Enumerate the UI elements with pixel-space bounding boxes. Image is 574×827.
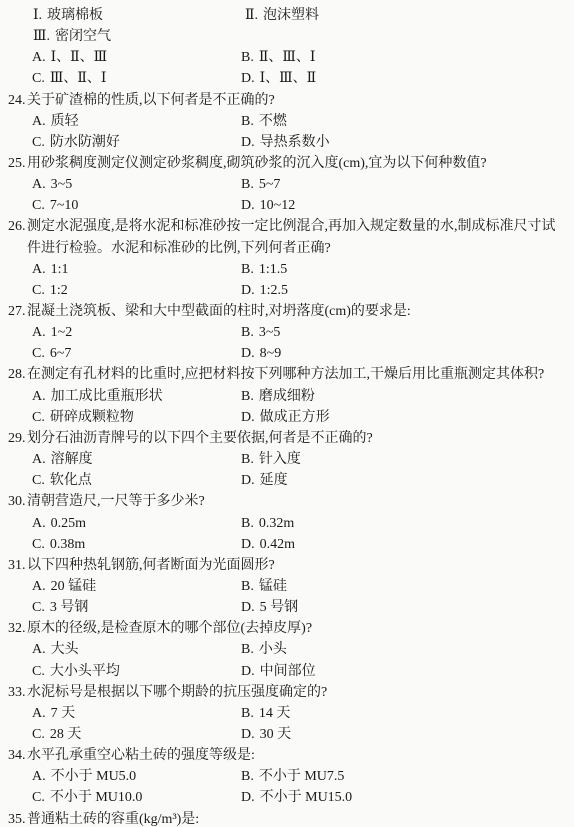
choice-option-label: A.: [32, 114, 46, 129]
question-text: 用砂浆稠度测定仪测定砂浆稠度,砌筑砂浆的沉入度(cm),宜为以下何种数值?: [27, 156, 487, 171]
choice-option: C.28 天: [32, 724, 81, 745]
choice-option: A.3~5: [32, 174, 72, 195]
choice-option: A.溶解度: [32, 449, 93, 470]
question-line: 34.水平孔承重空心粘土砖的强度等级是:: [0, 745, 574, 766]
choice-option-text: 28 天: [50, 727, 82, 742]
prelude-item-text: 泡沫塑料: [263, 8, 319, 23]
question-block: 24.关于矿渣棉的性质,以下何者是不正确的?A.质轻B.不燃C.防水防潮好D.导…: [0, 90, 574, 153]
prelude-item-row: Ⅰ.玻璃棉板Ⅱ.泡沫塑料: [0, 5, 574, 26]
question-number: 27.: [8, 301, 26, 322]
choice-option-text: 0.32m: [259, 516, 294, 531]
choice-option-label: D.: [241, 410, 255, 425]
question-text: 原木的径级,是检查原木的哪个部位(去掉皮厚)?: [27, 621, 312, 636]
question-block: 28.在测定有孔材料的比重时,应把材料按下列哪种方法加工,干燥后用比重瓶测定其体…: [0, 364, 574, 427]
question-line: 33.水泥标号是根据以下哪个期龄的抗压强度确定的?: [0, 682, 574, 703]
choice-row: C.不小于 MU10.0D.不小于 MU15.0: [0, 787, 574, 808]
choice-option-text: 0.42m: [260, 537, 295, 552]
choice-row: A.溶解度B.针入度: [0, 449, 574, 470]
choice-option-label: B.: [241, 579, 254, 594]
choice-option: C.Ⅲ、Ⅱ、Ⅰ: [32, 68, 106, 89]
choice-row: C.28 天D.30 天: [0, 724, 574, 745]
choice-option-label: C.: [32, 600, 45, 615]
choice-option-label: C.: [32, 135, 45, 150]
prelude-choice-row: A.Ⅰ、Ⅱ、ⅢB.Ⅱ、Ⅲ、Ⅰ: [0, 47, 574, 68]
choice-row: C.大小头平均D.中间部位: [0, 661, 574, 682]
choice-option-text: 1:1.5: [259, 262, 287, 277]
choice-option-label: D.: [241, 790, 255, 805]
choice-option: A.20 锰硅: [32, 576, 96, 597]
choice-option: C.3 号钢: [32, 597, 88, 618]
question-line: 25.用砂浆稠度测定仪测定砂浆稠度,砌筑砂浆的沉入度(cm),宜为以下何种数值?: [0, 153, 574, 174]
question-block: 31.以下四种热轧钢筋,何者断面为光面圆形?A.20 锰硅B.锰硅C.3 号钢D…: [0, 555, 574, 618]
choice-row: A.不小于 MU5.0B.不小于 MU7.5: [0, 766, 574, 787]
exam-page: Ⅰ.玻璃棉板Ⅱ.泡沫塑料Ⅲ.密闭空气A.Ⅰ、Ⅱ、ⅢB.Ⅱ、Ⅲ、ⅠC.Ⅲ、Ⅱ、ⅠD…: [0, 0, 574, 827]
choice-option-text: 磨成细粉: [259, 389, 315, 404]
choice-option-text: 3~5: [51, 177, 73, 192]
choice-option-text: 不小于 MU5.0: [51, 769, 137, 784]
choice-option-text: 8~9: [260, 346, 282, 361]
choice-option-text: 大小头平均: [50, 664, 120, 679]
choice-option-label: C.: [32, 473, 45, 488]
choice-option-label: B.: [241, 516, 254, 531]
choice-option: A.不小于 MU5.0: [32, 766, 136, 787]
choice-option: C.防水防潮好: [32, 132, 120, 153]
question-line: 26.测定水泥强度,是将水泥和标准砂按一定比例混合,再加入规定数量的水,制成标准…: [0, 216, 574, 258]
question-text: 测定水泥强度,是将水泥和标准砂按一定比例混合,再加入规定数量的水,制成标准尺寸试…: [27, 219, 556, 255]
choice-option-label: A.: [32, 177, 46, 192]
choice-option: D.Ⅰ、Ⅲ、Ⅱ: [241, 68, 316, 89]
choice-option-text: 1:2: [50, 283, 68, 298]
choice-option: D.8~9: [241, 343, 281, 364]
choice-option: A.0.25m: [32, 513, 86, 534]
choice-option: C.研碎成颗粒物: [32, 407, 134, 428]
question-text: 以下四种热轧钢筋,何者断面为光面圆形?: [27, 558, 275, 573]
choice-option-text: 加工成比重瓶形状: [51, 389, 163, 404]
choice-option: D.0.42m: [241, 534, 295, 555]
choice-option: C.软化点: [32, 470, 92, 491]
question-block: 29.划分石油沥青牌号的以下四个主要依据,何者是不正确的?A.溶解度B.针入度C…: [0, 428, 574, 491]
choice-option: B.0.32m: [241, 513, 294, 534]
choice-option-text: Ⅲ、Ⅱ、Ⅰ: [50, 71, 107, 86]
choice-option-label: C.: [32, 790, 45, 805]
choice-option-label: C.: [32, 198, 45, 213]
choice-option-label: C.: [32, 410, 45, 425]
choice-row: A.质轻B.不燃: [0, 111, 574, 132]
choice-option-label: C.: [32, 664, 45, 679]
choice-option-text: 7~10: [50, 198, 79, 213]
choice-option: A.1~2: [32, 322, 72, 343]
choice-option: B.1:1.5: [241, 259, 287, 280]
choice-option-label: A.: [32, 579, 46, 594]
prelude-choice-row: C.Ⅲ、Ⅱ、ⅠD.Ⅰ、Ⅲ、Ⅱ: [0, 68, 574, 89]
question-block: 34.水平孔承重空心粘土砖的强度等级是:A.不小于 MU5.0B.不小于 MU7…: [0, 745, 574, 808]
choice-option-text: 大头: [51, 642, 79, 657]
choice-option-label: D.: [241, 664, 255, 679]
choice-row: A.1~2B.3~5: [0, 322, 574, 343]
choice-option-label: D.: [241, 727, 255, 742]
question-number: 34.: [8, 745, 26, 766]
choice-option: D.做成正方形: [241, 407, 330, 428]
choice-option: B.5~7: [241, 174, 280, 195]
choice-row: C.6~7D.8~9: [0, 343, 574, 364]
choice-option-text: 5 号钢: [260, 600, 299, 615]
choice-option-text: 不燃: [259, 114, 287, 129]
choice-row: C.1:2D.1:2.5: [0, 280, 574, 301]
choice-option-label: A.: [32, 325, 46, 340]
choice-option-label: C.: [32, 537, 45, 552]
choice-row: A.加工成比重瓶形状B.磨成细粉: [0, 386, 574, 407]
choice-option-text: 研碎成颗粒物: [50, 410, 134, 425]
question-line: 31.以下四种热轧钢筋,何者断面为光面圆形?: [0, 555, 574, 576]
question-number: 29.: [8, 428, 26, 449]
choice-option: B.小头: [241, 639, 287, 660]
exam-content: Ⅰ.玻璃棉板Ⅱ.泡沫塑料Ⅲ.密闭空气A.Ⅰ、Ⅱ、ⅢB.Ⅱ、Ⅲ、ⅠC.Ⅲ、Ⅱ、ⅠD…: [0, 5, 574, 827]
choice-option-label: D.: [241, 198, 255, 213]
choice-option: A.Ⅰ、Ⅱ、Ⅲ: [32, 47, 107, 68]
question-text: 混凝土浇筑板、梁和大中型截面的柱时,对坍落度(cm)的要求是:: [27, 304, 411, 319]
choice-option: D.不小于 MU15.0: [241, 787, 352, 808]
choice-option: C.大小头平均: [32, 661, 120, 682]
prelude-item: Ⅲ.密闭空气: [33, 26, 111, 47]
choice-option-text: 做成正方形: [260, 410, 330, 425]
question-number: 35.: [8, 809, 26, 827]
choice-option: C.不小于 MU10.0: [32, 787, 142, 808]
choice-option: A.质轻: [32, 111, 79, 132]
choice-option: C.1:2: [32, 280, 68, 301]
choice-option-text: Ⅱ、Ⅲ、Ⅰ: [259, 50, 316, 65]
choice-option-text: 30 天: [260, 727, 292, 742]
choice-option: A.7 天: [32, 703, 75, 724]
prelude-item: Ⅰ.玻璃棉板: [33, 5, 103, 26]
question-number: 28.: [8, 364, 26, 385]
question-text: 在测定有孔材料的比重时,应把材料按下列哪种方法加工,干燥后用比重瓶测定其体积?: [27, 367, 544, 382]
choice-option-label: D.: [241, 600, 255, 615]
question-text: 水泥标号是根据以下哪个期龄的抗压强度确定的?: [27, 685, 327, 700]
choice-option: D.中间部位: [241, 661, 316, 682]
choice-option-text: 5~7: [259, 177, 281, 192]
question-number: 25.: [8, 153, 26, 174]
choice-option-label: C.: [32, 71, 45, 86]
question-block: 30.清朝营造尺,一尺等于多少米?A.0.25mB.0.32mC.0.38mD.…: [0, 491, 574, 554]
prelude-item-label: Ⅲ.: [33, 29, 50, 44]
question-number: 26.: [8, 216, 26, 237]
choice-option-label: B.: [241, 452, 254, 467]
question-block: 25.用砂浆稠度测定仪测定砂浆稠度,砌筑砂浆的沉入度(cm),宜为以下何种数值?…: [0, 153, 574, 216]
choice-row: C.防水防潮好D.导热系数小: [0, 132, 574, 153]
choice-option-text: 6~7: [50, 346, 72, 361]
question-block: 26.测定水泥强度,是将水泥和标准砂按一定比例混合,再加入规定数量的水,制成标准…: [0, 216, 574, 301]
choice-option-label: B.: [241, 177, 254, 192]
choice-option: D.10~12: [241, 195, 295, 216]
question-text: 划分石油沥青牌号的以下四个主要依据,何者是不正确的?: [27, 431, 373, 446]
question-block: 27.混凝土浇筑板、梁和大中型截面的柱时,对坍落度(cm)的要求是:A.1~2B…: [0, 301, 574, 364]
choice-option: B.3~5: [241, 322, 280, 343]
prelude-item-label: Ⅱ.: [245, 8, 258, 23]
choice-option-text: 7 天: [51, 706, 76, 721]
choice-option-label: D.: [241, 473, 255, 488]
choice-option: A.加工成比重瓶形状: [32, 386, 163, 407]
question-line: 29.划分石油沥青牌号的以下四个主要依据,何者是不正确的?: [0, 428, 574, 449]
choice-option-label: A.: [32, 516, 46, 531]
choice-row: A.1:1B.1:1.5: [0, 259, 574, 280]
question-block: 32.原木的径级,是检查原木的哪个部位(去掉皮厚)?A.大头B.小头C.大小头平…: [0, 618, 574, 681]
prelude-item: Ⅱ.泡沫塑料: [245, 5, 319, 26]
choice-option-label: A.: [32, 642, 46, 657]
choice-option-text: 延度: [260, 473, 288, 488]
question-line: 30.清朝营造尺,一尺等于多少米?: [0, 491, 574, 512]
question-text: 关于矿渣棉的性质,以下何者是不正确的?: [27, 93, 275, 108]
question-text: 清朝营造尺,一尺等于多少米?: [27, 494, 205, 509]
choice-option: D.5 号钢: [241, 597, 298, 618]
choice-option: C.7~10: [32, 195, 78, 216]
choice-row: A.大头B.小头: [0, 639, 574, 660]
choice-option: D.导热系数小: [241, 132, 330, 153]
choice-row: C.0.38mD.0.42m: [0, 534, 574, 555]
choice-option-text: 1:2.5: [260, 283, 288, 298]
prelude-item-text: 密闭空气: [55, 29, 111, 44]
choice-option: B.Ⅱ、Ⅲ、Ⅰ: [241, 47, 315, 68]
question-number: 32.: [8, 618, 26, 639]
choice-option: C.0.38m: [32, 534, 85, 555]
choice-option-label: B.: [241, 325, 254, 340]
choice-option-text: 小头: [259, 642, 287, 657]
choice-option-text: 质轻: [51, 114, 79, 129]
choice-option-text: 软化点: [50, 473, 92, 488]
choice-option-text: 锰硅: [259, 579, 287, 594]
choice-option-text: 0.25m: [51, 516, 86, 531]
choice-option-text: 不小于 MU10.0: [50, 790, 143, 805]
choice-option-label: A.: [32, 262, 46, 277]
choice-option-label: B.: [241, 642, 254, 657]
choice-option: C.6~7: [32, 343, 71, 364]
choice-option-label: A.: [32, 769, 46, 784]
choice-option-label: C.: [32, 727, 45, 742]
choice-option-label: A.: [32, 389, 46, 404]
choice-option: B.磨成细粉: [241, 386, 315, 407]
question-number: 31.: [8, 555, 26, 576]
choice-option-label: D.: [241, 71, 255, 86]
choice-option: D.延度: [241, 470, 288, 491]
question-block: 35.普通粘土砖的容重(kg/m³)是:: [0, 809, 574, 827]
choice-option-text: 14 天: [259, 706, 291, 721]
choice-option-label: B.: [241, 706, 254, 721]
choice-option-text: Ⅰ、Ⅱ、Ⅲ: [51, 50, 108, 65]
question-block: 33.水泥标号是根据以下哪个期龄的抗压强度确定的?A.7 天B.14 天C.28…: [0, 682, 574, 745]
choice-option-label: C.: [32, 346, 45, 361]
choice-option: B.锰硅: [241, 576, 287, 597]
question-number: 33.: [8, 682, 26, 703]
choice-option-label: D.: [241, 283, 255, 298]
choice-option-text: 溶解度: [51, 452, 93, 467]
choice-option: A.1:1: [32, 259, 69, 280]
choice-option: B.不燃: [241, 111, 287, 132]
choice-option-text: Ⅰ、Ⅲ、Ⅱ: [260, 71, 317, 86]
question-line: 28.在测定有孔材料的比重时,应把材料按下列哪种方法加工,干燥后用比重瓶测定其体…: [0, 364, 574, 385]
choice-row: A.20 锰硅B.锰硅: [0, 576, 574, 597]
choice-option-label: D.: [241, 135, 255, 150]
prelude-item-text: 玻璃棉板: [47, 8, 103, 23]
question-text: 普通粘土砖的容重(kg/m³)是:: [27, 812, 199, 827]
choice-option-text: 20 锰硅: [51, 579, 97, 594]
choice-option: D.30 天: [241, 724, 291, 745]
choice-option-text: 不小于 MU7.5: [259, 769, 345, 784]
choice-option-text: 3~5: [259, 325, 281, 340]
choice-option: A.大头: [32, 639, 79, 660]
question-text: 水平孔承重空心粘土砖的强度等级是:: [27, 748, 255, 763]
choice-row: C.软化点D.延度: [0, 470, 574, 491]
choice-option-text: 防水防潮好: [50, 135, 120, 150]
choice-row: A.0.25mB.0.32m: [0, 513, 574, 534]
choice-option-label: C.: [32, 283, 45, 298]
choice-row: C.3 号钢D.5 号钢: [0, 597, 574, 618]
choice-option-text: 针入度: [259, 452, 301, 467]
choice-option-text: 1~2: [51, 325, 73, 340]
choice-option: B.14 天: [241, 703, 290, 724]
choice-row: C.7~10D.10~12: [0, 195, 574, 216]
choice-option-text: 导热系数小: [260, 135, 330, 150]
question-line: 24.关于矿渣棉的性质,以下何者是不正确的?: [0, 90, 574, 111]
choice-option-text: 0.38m: [50, 537, 85, 552]
choice-option: B.针入度: [241, 449, 301, 470]
choice-row: C.研碎成颗粒物D.做成正方形: [0, 407, 574, 428]
choice-option-text: 3 号钢: [50, 600, 89, 615]
choice-option-text: 1:1: [51, 262, 69, 277]
choice-option-label: B.: [241, 769, 254, 784]
choice-option-text: 不小于 MU15.0: [260, 790, 353, 805]
choice-option-text: 中间部位: [260, 664, 316, 679]
choice-row: A.7 天B.14 天: [0, 703, 574, 724]
question-line: 35.普通粘土砖的容重(kg/m³)是:: [0, 809, 574, 827]
question-line: 32.原木的径级,是检查原木的哪个部位(去掉皮厚)?: [0, 618, 574, 639]
question-line: 27.混凝土浇筑板、梁和大中型截面的柱时,对坍落度(cm)的要求是:: [0, 301, 574, 322]
choice-option-label: A.: [32, 50, 46, 65]
choice-option-label: D.: [241, 537, 255, 552]
choice-option-label: B.: [241, 114, 254, 129]
choice-option-label: B.: [241, 389, 254, 404]
choice-option-label: A.: [32, 706, 46, 721]
choice-option: B.不小于 MU7.5: [241, 766, 344, 787]
choice-option-label: A.: [32, 452, 46, 467]
choice-row: A.3~5B.5~7: [0, 174, 574, 195]
choice-option-label: D.: [241, 346, 255, 361]
choice-option-text: 10~12: [260, 198, 296, 213]
choice-option: D.1:2.5: [241, 280, 288, 301]
prelude-item-label: Ⅰ.: [33, 8, 42, 23]
prelude-item-row: Ⅲ.密闭空气: [0, 26, 574, 47]
choice-option-label: B.: [241, 50, 254, 65]
question-number: 24.: [8, 90, 26, 111]
choice-option-label: B.: [241, 262, 254, 277]
question-number: 30.: [8, 491, 26, 512]
